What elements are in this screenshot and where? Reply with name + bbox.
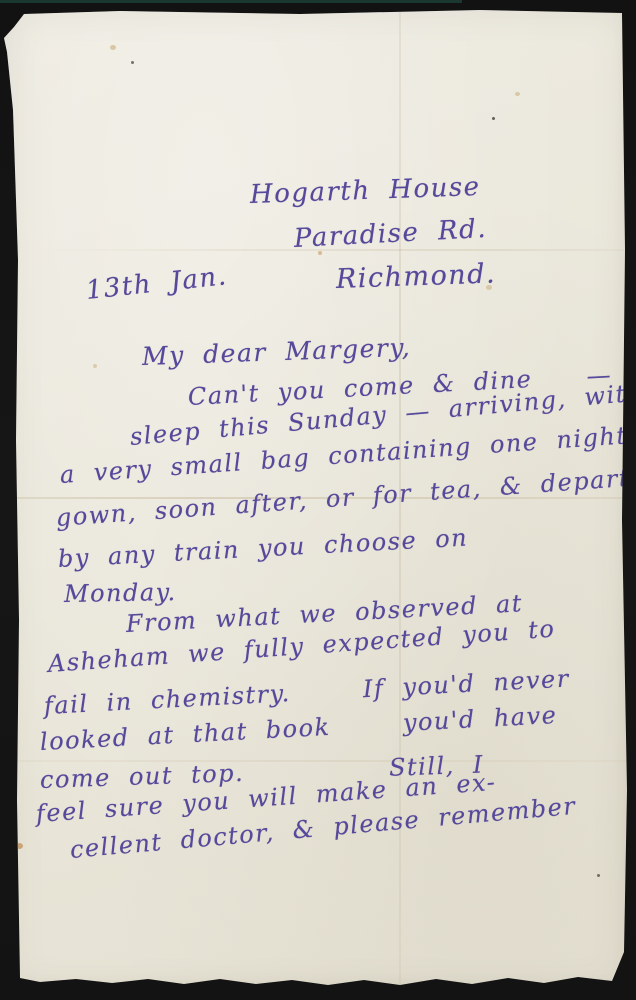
date-line: 13th Jan.	[84, 261, 228, 306]
dust-speck	[492, 117, 495, 120]
letter-paper: Hogarth House Paradise Rd. Richmond. 13t…	[0, 0, 636, 1000]
dust-speck	[131, 61, 134, 64]
body-line: Monday.	[64, 578, 177, 608]
foxing-spot	[110, 45, 116, 50]
background-edge-strip	[0, 0, 462, 3]
body-line: by any train you choose on	[57, 524, 469, 573]
salutation-line: My dear Margery,	[141, 333, 411, 371]
foxing-spot	[93, 364, 97, 368]
address-line-house: Hogarth House	[249, 172, 481, 210]
address-line-town: Richmond.	[335, 258, 496, 295]
address-line-street: Paradise Rd.	[293, 214, 488, 254]
foxing-spot	[515, 92, 520, 96]
dust-speck	[597, 874, 600, 877]
